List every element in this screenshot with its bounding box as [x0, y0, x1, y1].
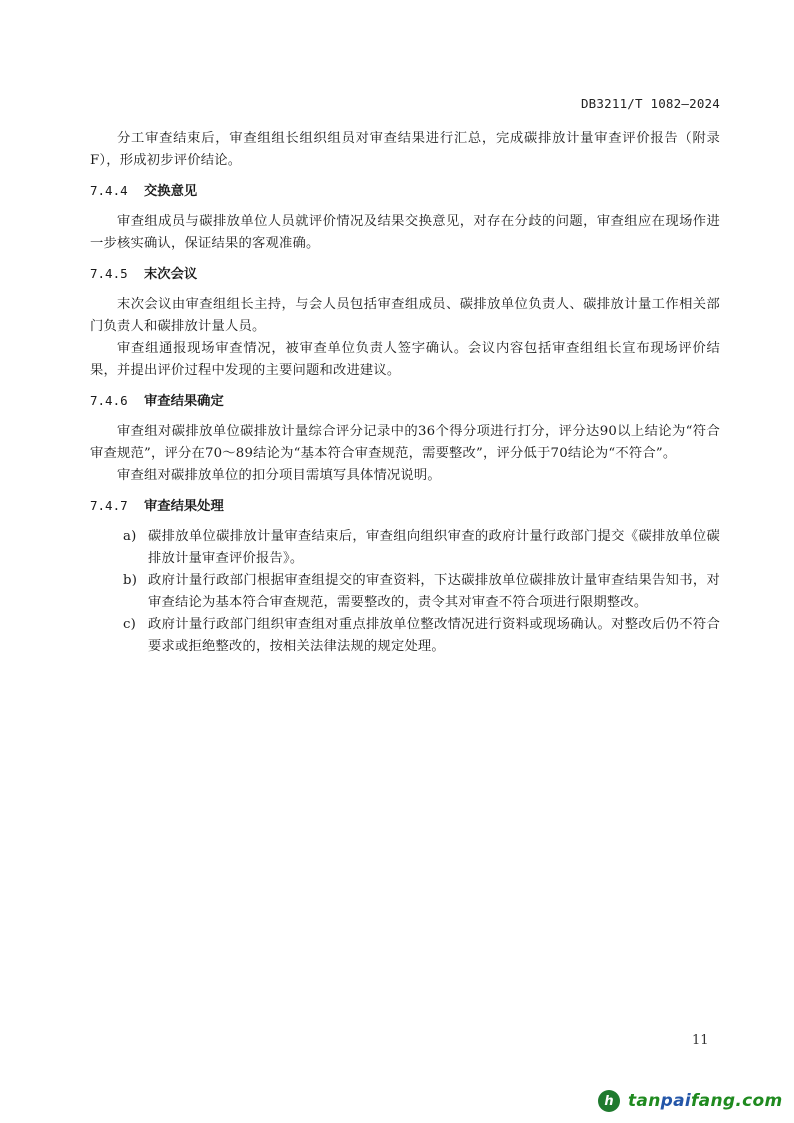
result-handling-list: a) 碳排放单位碳排放计量审查结束后，审查组向组织审查的政府计量行政部门提交《碳…	[90, 526, 720, 658]
list-item: c) 政府计量行政部门组织审查组对重点排放单位整改情况进行资料或现场确认。对整改…	[90, 614, 720, 658]
paragraph: 审查组成员与碳排放单位人员就评价情况及结果交换意见，对存在分歧的问题，审查组应在…	[90, 211, 720, 255]
site-logo-icon: h	[598, 1090, 620, 1112]
list-item-text: 碳排放单位碳排放计量审查结束后，审查组向组织审查的政府计量行政部门提交《碳排放单…	[148, 529, 720, 566]
paragraph: 末次会议由审查组组长主持，与会人员包括审查组成员、碳排放单位负责人、碳排放计量工…	[90, 294, 720, 338]
section-title: 交换意见	[144, 184, 197, 199]
section-title: 审查结果处理	[144, 499, 224, 514]
document-page: DB3211/T 1082—2024 分工审查结束后，审查组组长组织组员对审查结…	[0, 0, 794, 1123]
watermark-text: tanpaifang.com	[628, 1091, 782, 1111]
page-number: 11	[692, 1033, 709, 1048]
standard-code: DB3211/T 1082—2024	[581, 96, 720, 111]
list-marker: b)	[123, 570, 137, 592]
section-title: 审查结果确定	[144, 394, 224, 409]
section-number: 7.4.5	[90, 263, 144, 285]
list-item: b) 政府计量行政部门根据审查组提交的审查资料，下达碳排放单位碳排放计量审查结果…	[90, 570, 720, 614]
paragraph: 审查组通报现场审查情况，被审查单位负责人签字确认。会议内容包括审查组组长宣布现场…	[90, 338, 720, 382]
section-title: 末次会议	[144, 267, 197, 282]
list-item-text: 政府计量行政部门根据审查组提交的审查资料，下达碳排放单位碳排放计量审查结果告知书…	[148, 573, 720, 610]
list-item: a) 碳排放单位碳排放计量审查结束后，审查组向组织审查的政府计量行政部门提交《碳…	[90, 526, 720, 570]
list-marker: a)	[123, 526, 137, 548]
paragraph: 审查组对碳排放单位碳排放计量综合评分记录中的36个得分项进行打分，评分达90以上…	[90, 421, 720, 465]
watermark: h tanpaifang.com	[598, 1090, 782, 1112]
document-body: 分工审查结束后，审查组组长组织组员对审查结果进行汇总，完成碳排放计量审查评价报告…	[90, 128, 720, 658]
list-item-text: 政府计量行政部门组织审查组对重点排放单位整改情况进行资料或现场确认。对整改后仍不…	[148, 617, 720, 654]
paragraph: 审查组对碳排放单位的扣分项目需填写具体情况说明。	[90, 465, 720, 487]
section-heading-7-4-6: 7.4.6审查结果确定	[90, 390, 720, 413]
section-number: 7.4.6	[90, 390, 144, 412]
section-number: 7.4.7	[90, 495, 144, 517]
section-heading-7-4-7: 7.4.7审查结果处理	[90, 495, 720, 518]
section-heading-7-4-5: 7.4.5末次会议	[90, 263, 720, 286]
section-heading-7-4-4: 7.4.4交换意见	[90, 180, 720, 203]
intro-paragraph: 分工审查结束后，审查组组长组织组员对审查结果进行汇总，完成碳排放计量审查评价报告…	[90, 128, 720, 172]
section-number: 7.4.4	[90, 180, 144, 202]
list-marker: c)	[123, 614, 136, 636]
